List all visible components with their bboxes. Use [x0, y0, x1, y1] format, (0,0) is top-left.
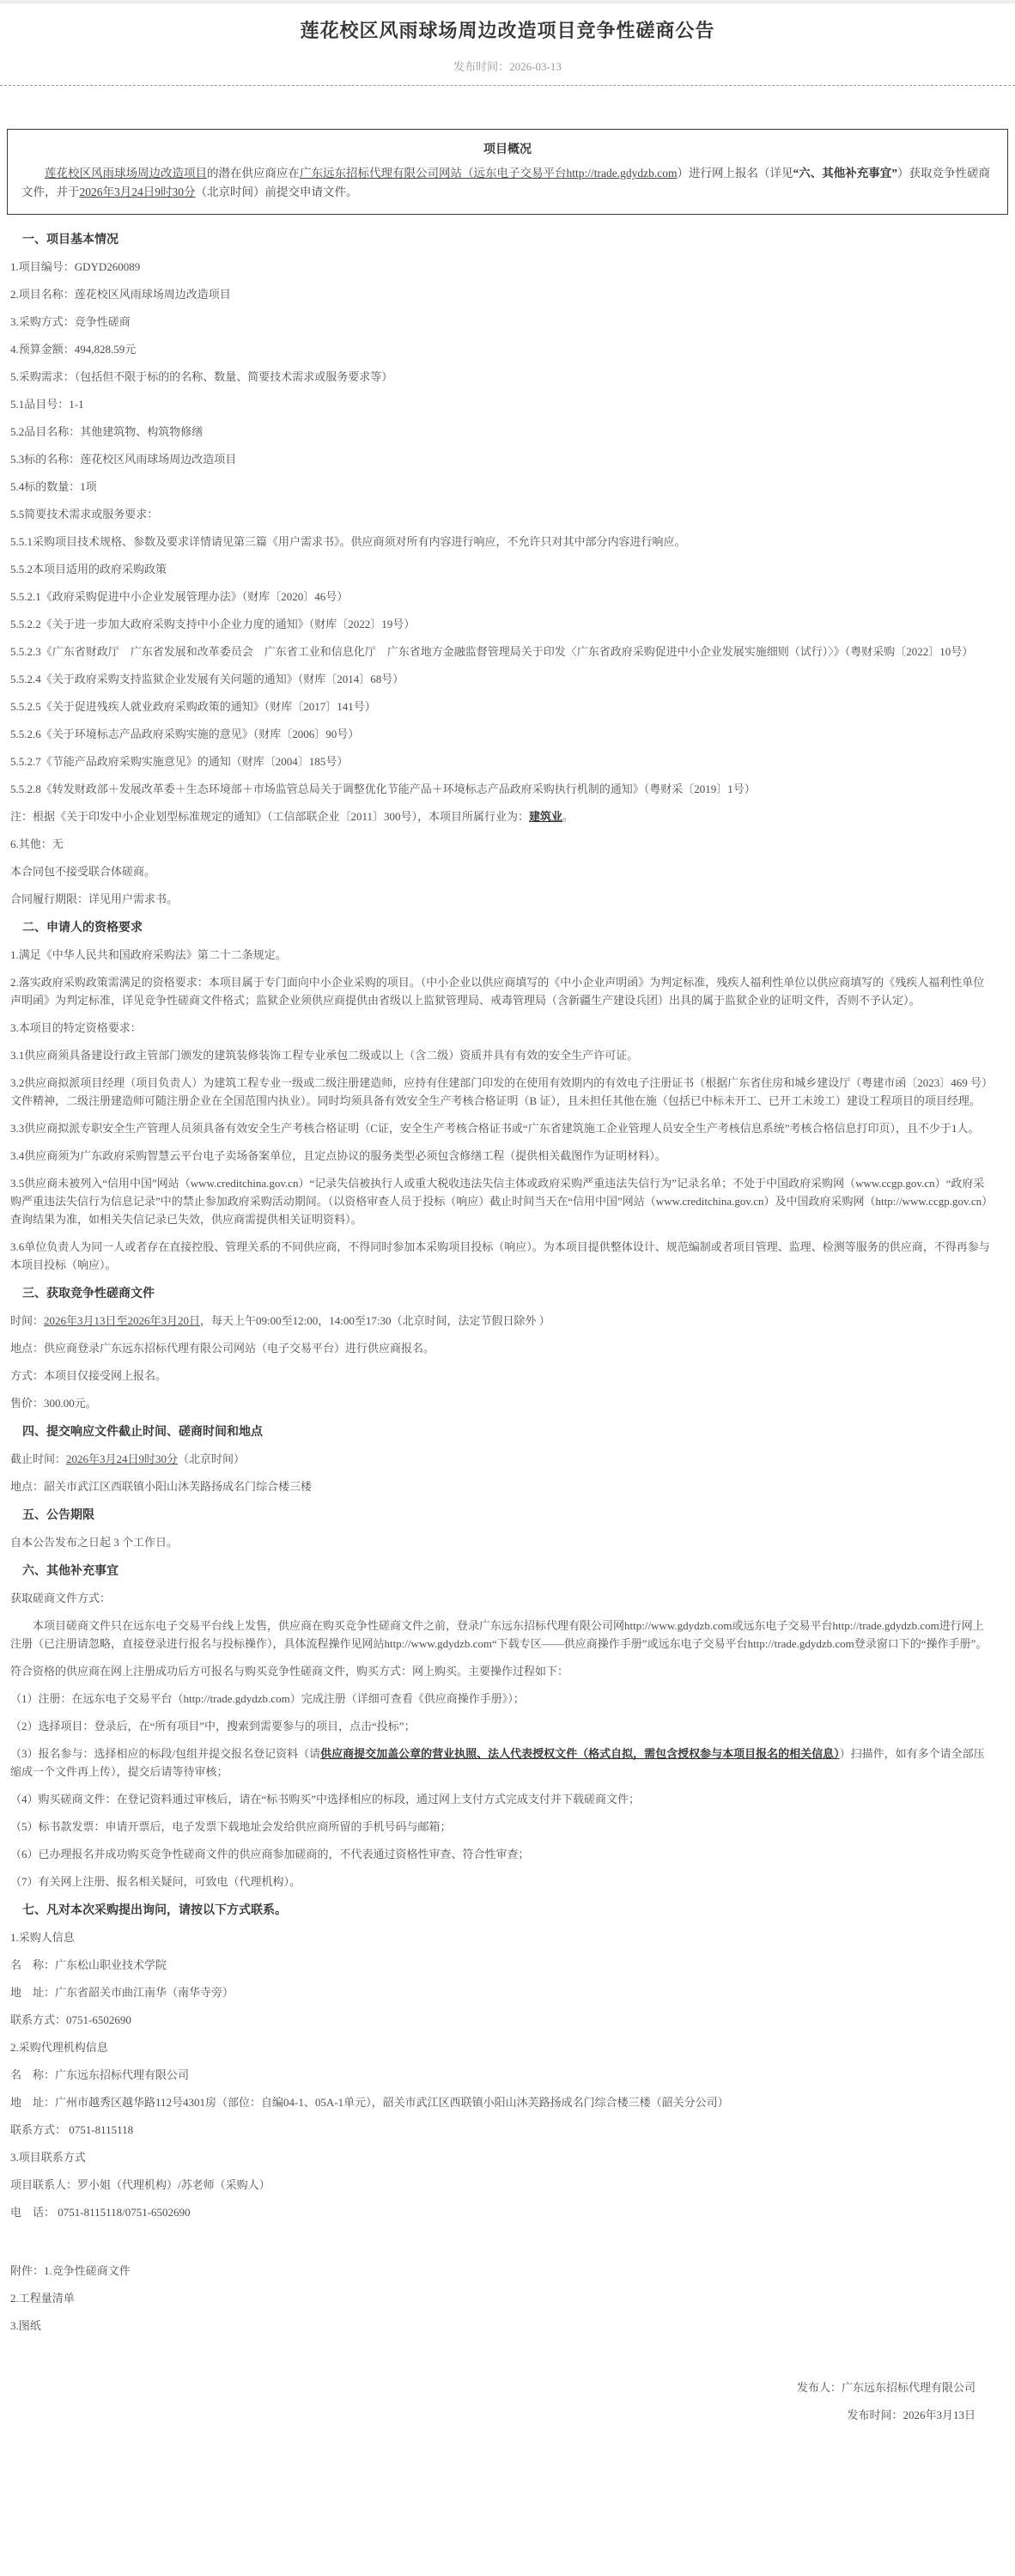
para-doc-place: 地点：供应商登录广东远东招标代理有限公司网站（电子交易平台）进行供应商报名。: [10, 1335, 993, 1362]
page-header: 莲花校区风雨球场周边改造项目竞争性磋商公告 发布时间：2026-03-13: [0, 3, 1015, 85]
para-qualification: 3.2供应商拟派项目经理（项目负责人）为建筑工程专业一级或二级注册建造师，应持有…: [10, 1069, 993, 1115]
para-obtain-method-title: 获取磋商文件方式：: [10, 1585, 993, 1612]
para-project-number: 1.项目编号：GDYD260089: [10, 253, 993, 281]
announcement-page: 莲花校区风雨球场周边改造项目竞争性磋商公告 发布时间：2026-03-13 项目…: [0, 0, 1015, 2576]
section-heading-3: 三、获取竞争性磋商文件: [10, 1279, 993, 1307]
para-agency-info-title: 2.采购代理机构信息: [10, 2034, 993, 2061]
para-step-3: （3）报名参与：选择相应的标段/包组并提交报名登记资料（请供应商提交加盖公章的营…: [10, 1740, 993, 1786]
page-title: 莲花校区风雨球场周边改造项目竞争性磋商公告: [0, 16, 1015, 43]
para-no-consortium: 本合同包不接受联合体磋商。: [10, 858, 993, 886]
para-item-name: 5.2品目名称：其他建筑物、构筑物修缮: [10, 418, 993, 446]
note-text: 。: [562, 810, 574, 823]
para-doc-method: 方式：本项目仅接受网上报名。: [10, 1362, 993, 1390]
label-deadline: 截止时间：: [10, 1452, 66, 1465]
para-announcement-period: 自本公告发布之日起 3 个工作日。: [10, 1529, 993, 1556]
para-policy: 5.5.2.1《政府采购促进中小企业发展管理办法》（财库〔2020〕46号）: [10, 583, 993, 611]
section-heading-5: 五、公告期限: [10, 1501, 993, 1529]
para-qualification: 3.1供应商须具备建设行政主管部门颁发的建筑装修装饰工程专业承包二级或以上（含二…: [10, 1042, 993, 1069]
para-procurement-method: 3.采购方式：竞争性磋商: [10, 308, 993, 336]
para-contract-period: 合同履行期限：详见用户需求书。: [10, 886, 993, 913]
overview-paragraph: 莲花校区风雨球场周边改造项目的潜在供应商应在广东远东招标代理有限公司网站（远东电…: [21, 164, 994, 202]
para-qualification: 3.5供应商未被列入“信用中国”网站（www.creditchina.gov.c…: [10, 1170, 993, 1233]
footer-publish-date: 发布时间：2026年3月13日: [10, 2402, 975, 2429]
para-step-5: （5）标书款发票：申请开票后，电子发票下载地址会发给供应商所留的手机号码与邮箱；: [10, 1813, 993, 1841]
publish-date-label: 发布时间：: [453, 60, 509, 73]
para-project-contact-phone: 电 话： 0751-8115118/0751-6502690: [10, 2199, 993, 2226]
para-step-6: （6）已办理报名并成功购买竞争性磋商文件的供应商参加磋商的，不代表通过资格性审查…: [10, 1841, 993, 1868]
industry-name: 建筑业: [529, 810, 562, 823]
label-time: 时间：: [10, 1314, 44, 1327]
para-policy: 5.5.2.4《关于政府采购支持监狱企业发展有关问题的通知》（财库〔2014〕6…: [10, 666, 993, 693]
para-target-name: 5.3标的名称：莲花校区风雨球场周边改造项目: [10, 446, 993, 473]
para-industry-note: 注：根据《关于印发中小企业划型标准规定的通知》（工信部联企业〔2011〕300号…: [10, 803, 993, 831]
publish-date-value: 2026-03-13: [509, 60, 562, 73]
overview-heading: 项目概况: [21, 137, 994, 164]
para-policy: 5.5.2.7《节能产品政府采购实施意见》的通知（财库〔2004〕185号）: [10, 748, 993, 776]
attachments-block: 附件：1.竞争性磋商文件 2.工程量清单 3.图纸: [10, 2257, 993, 2340]
para-step-2: （2）选择项目：登录后，在“所有项目”中，搜索到需要参与的项目，点击“投标”；: [10, 1713, 993, 1740]
para-policy: 5.5.2.8《转发财政部＋发展改革委＋生态环境部＋市场监管总局关于调整优化节能…: [10, 776, 993, 803]
para-doc-time: 时间：2026年3月13日至2026年3月20日，每天上午09:00至12:00…: [10, 1307, 993, 1335]
para-item-no: 5.1品目号：1-1: [10, 391, 993, 418]
project-overview-box: 项目概况 莲花校区风雨球场周边改造项目的潜在供应商应在广东远东招标代理有限公司网…: [7, 129, 1008, 215]
document-body: 一、项目基本情况 1.项目编号：GDYD260089 2.项目名称：莲花校区风雨…: [0, 215, 1015, 2463]
para-policy-intro: 5.5.2本项目适用的政府采购政策: [10, 556, 993, 583]
para-other: 6.其他：无: [10, 831, 993, 858]
para-obtain-method-detail: 本项目磋商文件只在远东电子交易平台线上发售，供应商在购买竞争性磋商文件之前，登录…: [10, 1612, 993, 1658]
para-qualification: 3.6单位负责人为同一人或者存在直接控股、管理关系的不同供应商，不得同时参加本采…: [10, 1233, 993, 1279]
overview-site-link: 广东远东招标代理有限公司网站（远东电子交易平台http://trade.gdyd…: [300, 167, 677, 180]
submit-deadline-value: 2026年3月24日9时30分: [66, 1452, 178, 1465]
para-agency-address: 地 址：广州市越秀区越华路112号4301房（部位：自编04-1、05A-1单元…: [10, 2089, 993, 2116]
para-submit-deadline: 截止时间：2026年3月24日9时30分（北京时间）: [10, 1446, 993, 1473]
para-qualification: 3.本项目的特定资格要求：: [10, 1014, 993, 1042]
para-step-4: （4）购买磋商文件：在登记资料通过审核后，请在“标书购买”中选择相应的标段，通过…: [10, 1786, 993, 1813]
section-heading-2: 二、申请人的资格要求: [10, 913, 993, 941]
overview-text-segment: 的潜在供应商应在: [207, 167, 300, 180]
attachment-item-1: 附件：1.竞争性磋商文件: [10, 2257, 993, 2285]
doc-time-detail: ，每天上午09:00至12:00，14:00至17:30（北京时间，法定节假日除…: [200, 1314, 550, 1327]
para-qualification: 3.3供应商拟派专职安全生产管理人员须具备有效安全生产考核合格证明（C证，安全生…: [10, 1115, 993, 1142]
para-buyer-address: 地 址：广东省韶关市曲江南华（南华寺旁）: [10, 1979, 993, 2007]
para-step-1: （1）注册：在远东电子交易平台（http://trade.gdydzb.com）…: [10, 1685, 993, 1713]
para-buyer-info-title: 1.采购人信息: [10, 1924, 993, 1952]
note-text: 注：根据《关于印发中小企业划型标准规定的通知》（工信部联企业〔2011〕300号…: [10, 810, 529, 823]
section-heading-1: 一、项目基本情况: [10, 225, 993, 253]
para-tech-requirement: 5.5简要技术需求或服务要求：: [10, 501, 993, 528]
para-buyer-contact: 联系方式：0751-6502690: [10, 2007, 993, 2034]
para-qualification: 3.4供应商须为广东政府采购智慧云平台电子卖场备案单位，且定点协议的服务类型必须…: [10, 1142, 993, 1170]
para-policy: 5.5.2.3《广东省财政厅 广东省发展和改革委员会 广东省工业和信息化厅 广东…: [10, 638, 993, 666]
overview-project-name: 莲花校区风雨球场周边改造项目: [45, 167, 207, 180]
para-policy: 5.5.2.6《关于环境标志产品政府采购实施的意见》（财库〔2006〕90号）: [10, 721, 993, 748]
dashed-divider: [0, 85, 1015, 86]
para-buyer-name: 名 称：广东松山职业技术学院: [10, 1952, 993, 1979]
step3-required-docs: 供应商提交加盖公章的营业执照、法人代表授权文件（格式自拟，需包含授权参与本项目报…: [320, 1747, 840, 1760]
attachment-item-3: 3.图纸: [10, 2312, 993, 2340]
para-submit-place: 地点：韶关市武江区西联镇小阳山沐芙路扬成名门综合楼三楼: [10, 1473, 993, 1501]
section-heading-4: 四、提交响应文件截止时间、磋商时间和地点: [10, 1417, 993, 1446]
publish-date: 发布时间：2026-03-13: [0, 58, 1015, 85]
attachment-item-2: 2.工程量清单: [10, 2285, 993, 2312]
para-target-qty: 5.4标的数量：1项: [10, 473, 993, 501]
deadline-timezone: （北京时间）: [178, 1452, 245, 1465]
para-project-contact-title: 3.项目联系方式: [10, 2144, 993, 2171]
para-qualification: 2.落实政府采购政策需满足的资格要求：本项目属于专门面向中小企业采购的项目。（中…: [10, 969, 993, 1014]
para-demand: 5.采购需求：（包括但不限于标的的名称、数量、简要技术需求或服务要求等）: [10, 363, 993, 391]
footer: 发布人：广东远东招标代理有限公司 发布时间：2026年3月13日: [10, 2374, 993, 2463]
overview-deadline: 2026年3月24日9时30分: [80, 186, 196, 198]
para-agency-contact: 联系方式： 0751-8115118: [10, 2116, 993, 2144]
section-heading-6: 六、其他补充事宜: [10, 1556, 993, 1585]
doc-time-range: 2026年3月13日至2026年3月20日: [44, 1314, 200, 1327]
para-qualification: 1.满足《中华人民共和国政府采购法》第二十二条规定。: [10, 941, 993, 969]
overview-section-ref: “六、其他补充事宜”: [793, 167, 897, 180]
para-purchase-intro: 符合资格的供应商在网上注册成功后方可报名与购买竞争性磋商文件，购买方式：网上购买…: [10, 1658, 993, 1685]
footer-publisher: 发布人：广东远东招标代理有限公司: [10, 2374, 975, 2402]
section-heading-7: 七、凡对本次采购提出询问，请按以下方式联系。: [10, 1896, 993, 1924]
para-tech-detail: 5.5.1采购项目技术规格、参数及要求详情请见第三篇《用户需求书》。供应商须对所…: [10, 528, 993, 556]
step3-text: （3）报名参与：选择相应的标段/包组并提交报名登记资料（请: [10, 1747, 320, 1760]
overview-text-segment: ）进行网上报名（详见: [677, 167, 793, 180]
para-step-7: （7）有关网上注册、报名相关疑问，可致电（代理机构）。: [10, 1868, 993, 1896]
para-doc-price: 售价：300.00元。: [10, 1390, 993, 1417]
para-project-contact-person: 项目联系人：罗小姐（代理机构）/苏老师（采购人）: [10, 2171, 993, 2199]
para-agency-name: 名 称：广东远东招标代理有限公司: [10, 2061, 993, 2089]
para-policy: 5.5.2.5《关于促进残疾人就业政府采购政策的通知》（财库〔2017〕141号…: [10, 693, 993, 721]
para-budget: 4.预算金额：494,828.59元: [10, 336, 993, 363]
para-project-name: 2.项目名称：莲花校区风雨球场周边改造项目: [10, 281, 993, 308]
overview-text-segment: （北京时间）前提交申请文件。: [196, 186, 358, 198]
para-policy: 5.5.2.2《关于进一步加大政府采购支持中小企业力度的通知》（财库〔2022〕…: [10, 611, 993, 638]
